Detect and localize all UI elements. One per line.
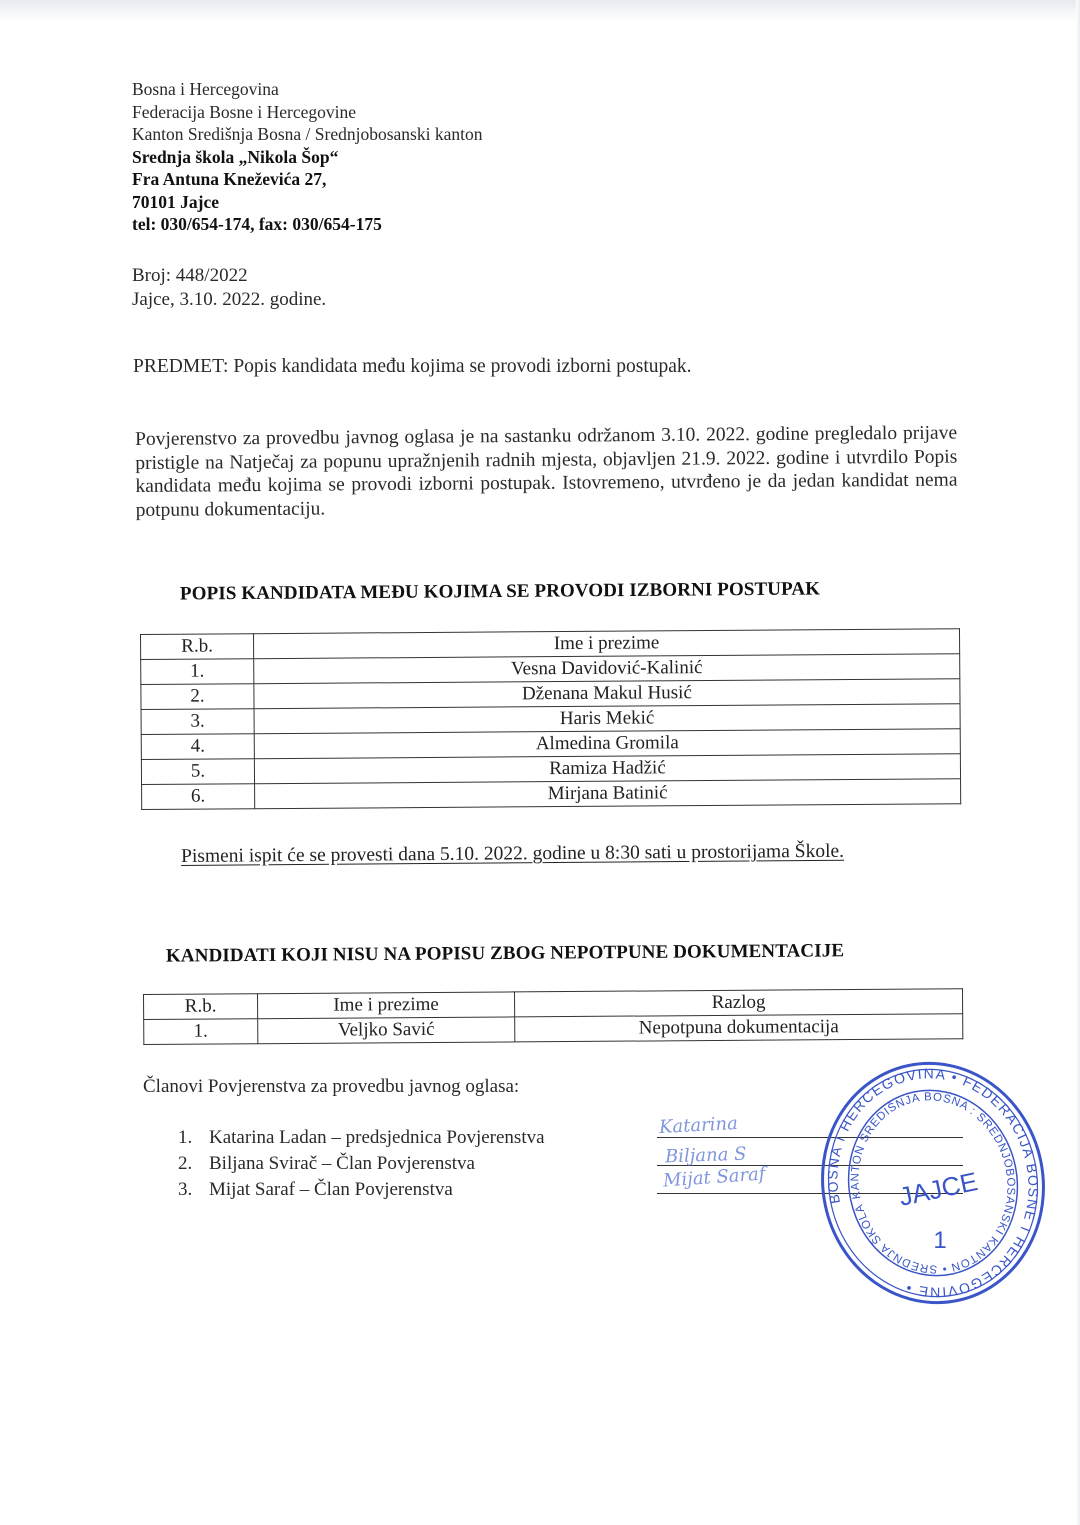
committee-title: Članovi Povjerenstva za provedbu javnog … (143, 1076, 519, 1098)
member-text: Mijat Saraf – Član Povjerenstva (209, 1179, 453, 1200)
column-header-reason: Razlog (514, 989, 962, 1017)
column-header-rb: R.b. (144, 994, 258, 1020)
letterhead-school: Srednja škola „Nikola Šop“ (132, 146, 482, 169)
exclusion-reason: Nepotpuna dokumentacija (515, 1014, 963, 1042)
member-number: 2. (178, 1151, 209, 1177)
table-row: 1.Veljko SavićNepotpuna dokumentacija (144, 1014, 963, 1045)
row-number: 3. (141, 709, 254, 735)
candidates-table: R.b. Ime i prezime 1.Vesna Davidović-Kal… (140, 628, 961, 810)
excluded-section-title: KANDIDATI KOJI NISU NA POPISU ZBOG NEPOT… (166, 940, 844, 967)
committee-member: 3.Mijat Saraf – Član Povjerenstva (178, 1177, 545, 1203)
row-number: 1. (141, 659, 254, 685)
table-row: 6.Mirjana Batinić (142, 779, 961, 810)
committee-member: 1.Katarina Ladan – predsjednica Povjeren… (178, 1125, 545, 1151)
committee-members-list: 1.Katarina Ladan – predsjednica Povjeren… (178, 1125, 545, 1203)
letterhead-city: 70101 Jajce (132, 191, 482, 214)
scan-top-shadow (0, 0, 1080, 22)
stamp-seal-icon: BOSNA I HERCEGOVINA • FEDERACIJA BOSNE I… (818, 1058, 1048, 1308)
signature-biljana: Biljana S (665, 1144, 747, 1168)
committee-member: 2.Biljana Svirač – Član Povjerenstva (178, 1151, 545, 1177)
member-text: Biljana Svirač – Član Povjerenstva (209, 1153, 475, 1174)
column-header-name: Ime i prezime (258, 992, 515, 1019)
signature-mijat: Mijat Saraf (662, 1163, 766, 1191)
svg-text:JAJCE: JAJCE (896, 1166, 980, 1212)
member-number: 3. (178, 1177, 209, 1203)
document-meta: Broj: 448/2022 Jajce, 3.10. 2022. godine… (132, 264, 326, 312)
signature-katarina: Katarina (659, 1113, 739, 1138)
candidate-name: Veljko Savić (258, 1017, 515, 1044)
document-place-date: Jajce, 3.10. 2022. godine. (132, 288, 326, 312)
document-subject: PREDMET: Popis kandidata među kojima se … (133, 356, 692, 378)
row-number: 5. (141, 759, 254, 785)
letterhead-federation: Federacija Bosne i Hercegovine (132, 101, 482, 124)
body-paragraph: Povjerenstvo za provedbu javnog oglasa j… (135, 422, 958, 522)
member-text: Katarina Ladan – predsjednica Povjerenst… (209, 1127, 545, 1148)
letterhead-address: Fra Antuna Kneževića 27, (132, 168, 482, 191)
member-number: 1. (178, 1125, 209, 1151)
row-number: 4. (141, 734, 254, 760)
letterhead-contact: tel: 030/654-174, fax: 030/654-175 (132, 213, 482, 236)
excluded-table: R.b. Ime i prezime Razlog 1.Veljko Savić… (143, 988, 963, 1045)
row-number: 1. (144, 1019, 258, 1045)
scan-right-edge (1076, 0, 1080, 1525)
exam-note: Pismeni ispit će se provesti dana 5.10. … (181, 841, 844, 868)
candidate-name: Mirjana Batinić (255, 779, 961, 809)
letterhead: Bosna i Hercegovina Federacija Bosne i H… (132, 78, 482, 236)
candidates-section-title: POPIS KANDIDATA MEĐU KOJIMA SE PROVODI I… (180, 578, 820, 605)
document-number: Broj: 448/2022 (132, 264, 326, 288)
official-stamp: BOSNA I HERCEGOVINA • FEDERACIJA BOSNE I… (818, 1058, 1048, 1308)
svg-text:1: 1 (933, 1227, 946, 1254)
letterhead-canton: Kanton Središnja Bosna / Srednjobosanski… (132, 123, 482, 146)
column-header-rb: R.b. (141, 634, 254, 660)
letterhead-country: Bosna i Hercegovina (132, 78, 482, 101)
row-number: 6. (142, 784, 255, 810)
row-number: 2. (141, 684, 254, 710)
